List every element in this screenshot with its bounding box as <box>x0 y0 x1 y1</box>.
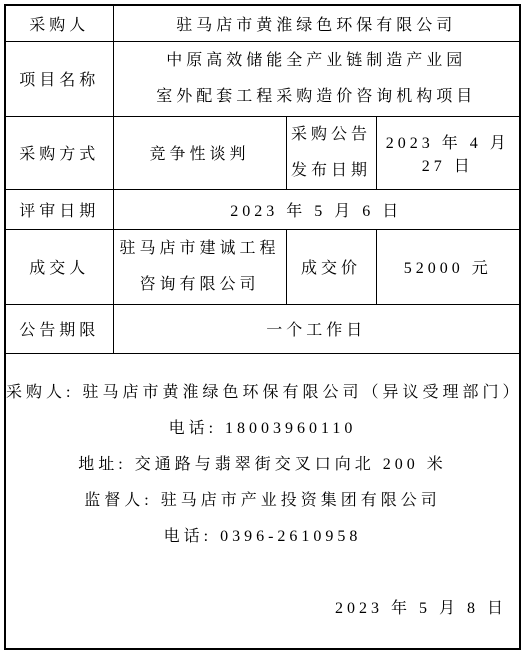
project-name-label: 项目名称 <box>5 41 113 116</box>
winner-value: 驻马店市建诚工程 咨询有限公司 <box>113 229 286 304</box>
announcement-publish-date-label-line-2: 发布日期 <box>287 153 376 189</box>
winner-label: 成交人 <box>5 229 113 304</box>
purchaser-label: 采购人 <box>5 5 113 41</box>
note-purchaser-phone-line: 电话: 18003960110 <box>6 411 519 447</box>
announcement-period-value: 一个工作日 <box>113 304 520 353</box>
award-price-value: 52000 元 <box>376 229 520 304</box>
award-notice-table: 采购人 驻马店市黄淮绿色环保有限公司 项目名称 中原高效储能全产业链制造产业园 … <box>4 4 521 650</box>
note-purchaser-line: 采购人: 驻马店市黄淮绿色环保有限公司（异议受理部门） <box>6 375 519 411</box>
table-row-project-name: 项目名称 中原高效储能全产业链制造产业园 室外配套工程采购造价咨询机构项目 <box>5 41 520 116</box>
note-supervisor-phone-line: 电话: 0396-2610958 <box>6 519 519 555</box>
table-row-winner: 成交人 驻马店市建诚工程 咨询有限公司 成交价 52000 元 <box>5 229 520 304</box>
winner-value-line-2: 咨询有限公司 <box>114 267 286 303</box>
announcement-publish-date-value: 2023 年 4 月 27 日 <box>376 116 520 189</box>
note-address-line: 地址: 交通路与翡翠街交叉口向北 200 米 <box>6 447 519 483</box>
announcement-publish-date-label: 采购公告 发布日期 <box>286 116 376 189</box>
review-date-value: 2023 年 5 月 6 日 <box>113 189 520 229</box>
winner-value-line-1: 驻马店市建诚工程 <box>114 231 286 267</box>
review-date-label: 评审日期 <box>5 189 113 229</box>
procurement-method-value: 竞争性谈判 <box>113 116 286 189</box>
publish-date: 2023 年 5 月 8 日 <box>6 591 519 627</box>
table-row-procurement-method: 采购方式 竞争性谈判 采购公告 发布日期 2023 年 4 月 27 日 <box>5 116 520 189</box>
table-row-review-date: 评审日期 2023 年 5 月 6 日 <box>5 189 520 229</box>
award-price-label: 成交价 <box>286 229 376 304</box>
procurement-method-label: 采购方式 <box>5 116 113 189</box>
purchaser-value: 驻马店市黄淮绿色环保有限公司 <box>113 5 520 41</box>
note-supervisor-line: 监督人: 驻马店市产业投资集团有限公司 <box>6 483 519 519</box>
contact-notes-block: 采购人: 驻马店市黄淮绿色环保有限公司（异议受理部门） 电话: 18003960… <box>5 353 520 649</box>
table-row-contact-notes: 采购人: 驻马店市黄淮绿色环保有限公司（异议受理部门） 电话: 18003960… <box>5 353 520 649</box>
table-row-purchaser: 采购人 驻马店市黄淮绿色环保有限公司 <box>5 5 520 41</box>
announcement-period-label: 公告期限 <box>5 304 113 353</box>
award-notice-page: 采购人 驻马店市黄淮绿色环保有限公司 项目名称 中原高效储能全产业链制造产业园 … <box>0 0 523 655</box>
project-name-line-1: 中原高效储能全产业链制造产业园 <box>114 43 520 79</box>
project-name-line-2: 室外配套工程采购造价咨询机构项目 <box>114 79 520 115</box>
table-row-announcement-period: 公告期限 一个工作日 <box>5 304 520 353</box>
announcement-publish-date-label-line-1: 采购公告 <box>287 117 376 153</box>
project-name-value: 中原高效储能全产业链制造产业园 室外配套工程采购造价咨询机构项目 <box>113 41 520 116</box>
